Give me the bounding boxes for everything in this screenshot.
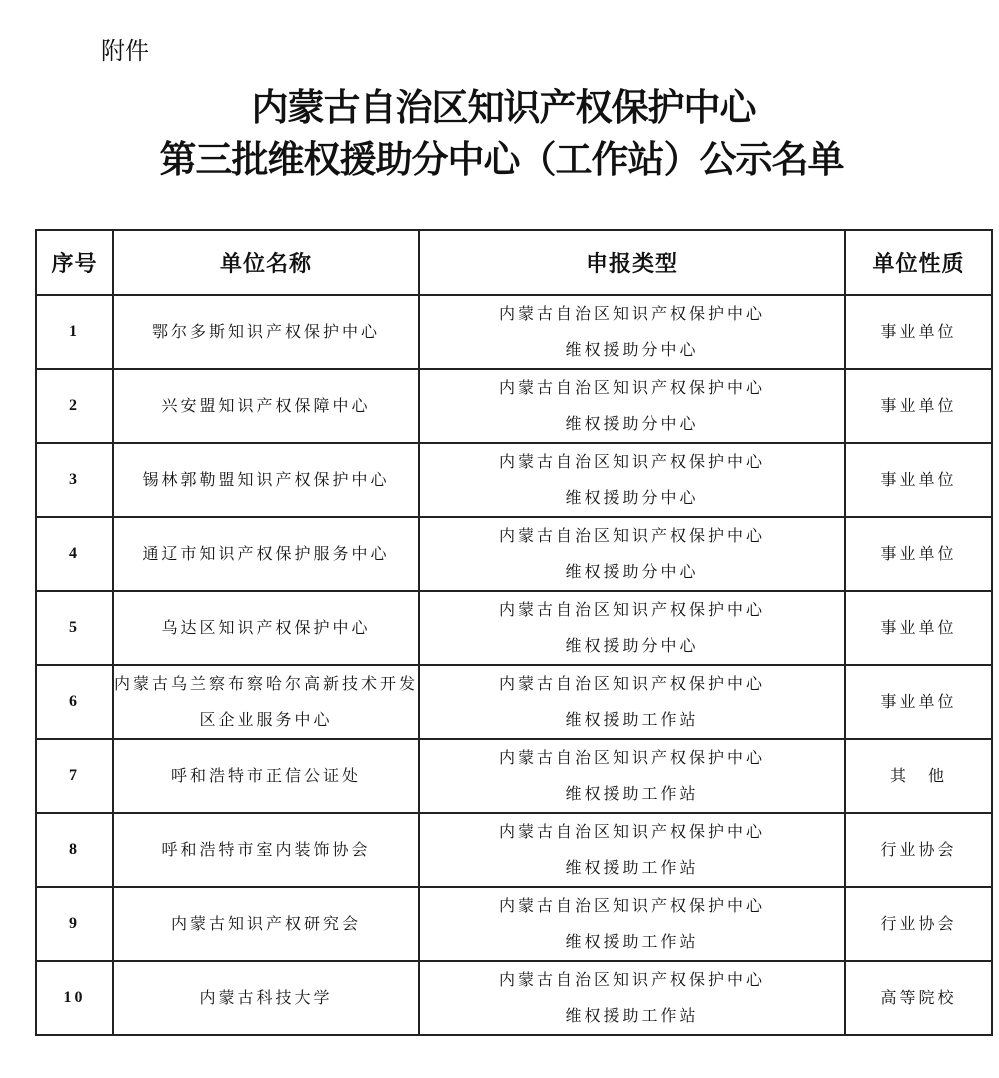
type-line-1: 内蒙古自治区知识产权保护中心: [420, 370, 844, 406]
cell-application-type: 内蒙古自治区知识产权保护中心 维权援助分中心: [419, 517, 845, 591]
type-line-1: 内蒙古自治区知识产权保护中心: [420, 296, 844, 332]
cell-unit-name: 呼和浩特市正信公证处: [113, 739, 419, 813]
cell-application-type: 内蒙古自治区知识产权保护中心 维权援助工作站: [419, 665, 845, 739]
cell-unit-nature: 行业协会: [845, 887, 992, 961]
cell-seq: 10: [36, 961, 113, 1035]
cell-unit-nature: 事业单位: [845, 443, 992, 517]
cell-application-type: 内蒙古自治区知识产权保护中心 维权援助工作站: [419, 887, 845, 961]
header-unit-nature: 单位性质: [845, 230, 992, 295]
table-row: 4 通辽市知识产权保护服务中心 内蒙古自治区知识产权保护中心 维权援助分中心 事…: [36, 517, 992, 591]
type-line-1: 内蒙古自治区知识产权保护中心: [420, 888, 844, 924]
type-line-1: 内蒙古自治区知识产权保护中心: [420, 518, 844, 554]
table-row: 7 呼和浩特市正信公证处 内蒙古自治区知识产权保护中心 维权援助工作站 其 他: [36, 739, 992, 813]
type-line-1: 内蒙古自治区知识产权保护中心: [420, 740, 844, 776]
type-line-1: 内蒙古自治区知识产权保护中心: [420, 666, 844, 702]
cell-seq: 1: [36, 295, 113, 369]
table-header-row: 序号 单位名称 申报类型 单位性质: [36, 230, 992, 295]
cell-unit-name: 鄂尔多斯知识产权保护中心: [113, 295, 419, 369]
type-line-1: 内蒙古自治区知识产权保护中心: [420, 814, 844, 850]
cell-unit-nature: 高等院校: [845, 961, 992, 1035]
cell-application-type: 内蒙古自治区知识产权保护中心 维权援助分中心: [419, 443, 845, 517]
type-line-2: 维权援助工作站: [420, 998, 844, 1034]
cell-unit-nature: 事业单位: [845, 295, 992, 369]
type-line-1: 内蒙古自治区知识产权保护中心: [420, 962, 844, 998]
cell-seq: 7: [36, 739, 113, 813]
header-unit-name: 单位名称: [113, 230, 419, 295]
table-row: 6 内蒙古乌兰察布察哈尔高新技术开发区企业服务中心 内蒙古自治区知识产权保护中心…: [36, 665, 992, 739]
table-row: 10 内蒙古科技大学 内蒙古自治区知识产权保护中心 维权援助工作站 高等院校: [36, 961, 992, 1035]
type-line-2: 维权援助工作站: [420, 702, 844, 738]
document-title-line-2: 第三批维权援助分中心（工作站）公示名单: [2, 136, 999, 184]
cell-application-type: 内蒙古自治区知识产权保护中心 维权援助分中心: [419, 591, 845, 665]
cell-unit-name: 通辽市知识产权保护服务中心: [113, 517, 419, 591]
type-line-2: 维权援助分中心: [420, 628, 844, 664]
table-row: 3 锡林郭勒盟知识产权保护中心 内蒙古自治区知识产权保护中心 维权援助分中心 事…: [36, 443, 992, 517]
cell-unit-nature: 行业协会: [845, 813, 992, 887]
cell-unit-nature: 事业单位: [845, 517, 992, 591]
cell-application-type: 内蒙古自治区知识产权保护中心 维权援助工作站: [419, 739, 845, 813]
cell-application-type: 内蒙古自治区知识产权保护中心 维权援助分中心: [419, 295, 845, 369]
type-line-2: 维权援助分中心: [420, 554, 844, 590]
cell-seq: 5: [36, 591, 113, 665]
type-line-2: 维权援助工作站: [420, 776, 844, 812]
cell-unit-name: 兴安盟知识产权保障中心: [113, 369, 419, 443]
type-line-2: 维权援助分中心: [420, 406, 844, 442]
cell-unit-nature: 事业单位: [845, 369, 992, 443]
cell-seq: 6: [36, 665, 113, 739]
cell-seq: 4: [36, 517, 113, 591]
cell-unit-name: 锡林郭勒盟知识产权保护中心: [113, 443, 419, 517]
type-line-2: 维权援助工作站: [420, 850, 844, 886]
type-line-2: 维权援助分中心: [420, 332, 844, 368]
table-row: 5 乌达区知识产权保护中心 内蒙古自治区知识产权保护中心 维权援助分中心 事业单…: [36, 591, 992, 665]
publicity-list-table: 序号 单位名称 申报类型 单位性质 1 鄂尔多斯知识产权保护中心 内蒙古自治区知…: [35, 229, 993, 1036]
cell-unit-name: 内蒙古乌兰察布察哈尔高新技术开发区企业服务中心: [113, 665, 419, 739]
cell-unit-nature: 其 他: [845, 739, 992, 813]
cell-application-type: 内蒙古自治区知识产权保护中心 维权援助分中心: [419, 369, 845, 443]
cell-seq: 8: [36, 813, 113, 887]
header-application-type: 申报类型: [419, 230, 845, 295]
cell-application-type: 内蒙古自治区知识产权保护中心 维权援助工作站: [419, 961, 845, 1035]
cell-unit-name: 乌达区知识产权保护中心: [113, 591, 419, 665]
type-line-2: 维权援助分中心: [420, 480, 844, 516]
cell-unit-name: 内蒙古知识产权研究会: [113, 887, 419, 961]
attachment-label: 附件: [101, 36, 149, 66]
cell-unit-nature: 事业单位: [845, 665, 992, 739]
cell-application-type: 内蒙古自治区知识产权保护中心 维权援助工作站: [419, 813, 845, 887]
cell-seq: 2: [36, 369, 113, 443]
document-title-line-1: 内蒙古自治区知识产权保护中心: [4, 84, 999, 132]
header-seq: 序号: [36, 230, 113, 295]
table-row: 2 兴安盟知识产权保障中心 内蒙古自治区知识产权保护中心 维权援助分中心 事业单…: [36, 369, 992, 443]
type-line-1: 内蒙古自治区知识产权保护中心: [420, 592, 844, 628]
cell-unit-name: 内蒙古科技大学: [113, 961, 419, 1035]
table-row: 8 呼和浩特市室内装饰协会 内蒙古自治区知识产权保护中心 维权援助工作站 行业协…: [36, 813, 992, 887]
cell-unit-name: 呼和浩特市室内装饰协会: [113, 813, 419, 887]
cell-seq: 3: [36, 443, 113, 517]
cell-unit-nature: 事业单位: [845, 591, 992, 665]
table-row: 1 鄂尔多斯知识产权保护中心 内蒙古自治区知识产权保护中心 维权援助分中心 事业…: [36, 295, 992, 369]
type-line-2: 维权援助工作站: [420, 924, 844, 960]
cell-seq: 9: [36, 887, 113, 961]
table-row: 9 内蒙古知识产权研究会 内蒙古自治区知识产权保护中心 维权援助工作站 行业协会: [36, 887, 992, 961]
type-line-1: 内蒙古自治区知识产权保护中心: [420, 444, 844, 480]
